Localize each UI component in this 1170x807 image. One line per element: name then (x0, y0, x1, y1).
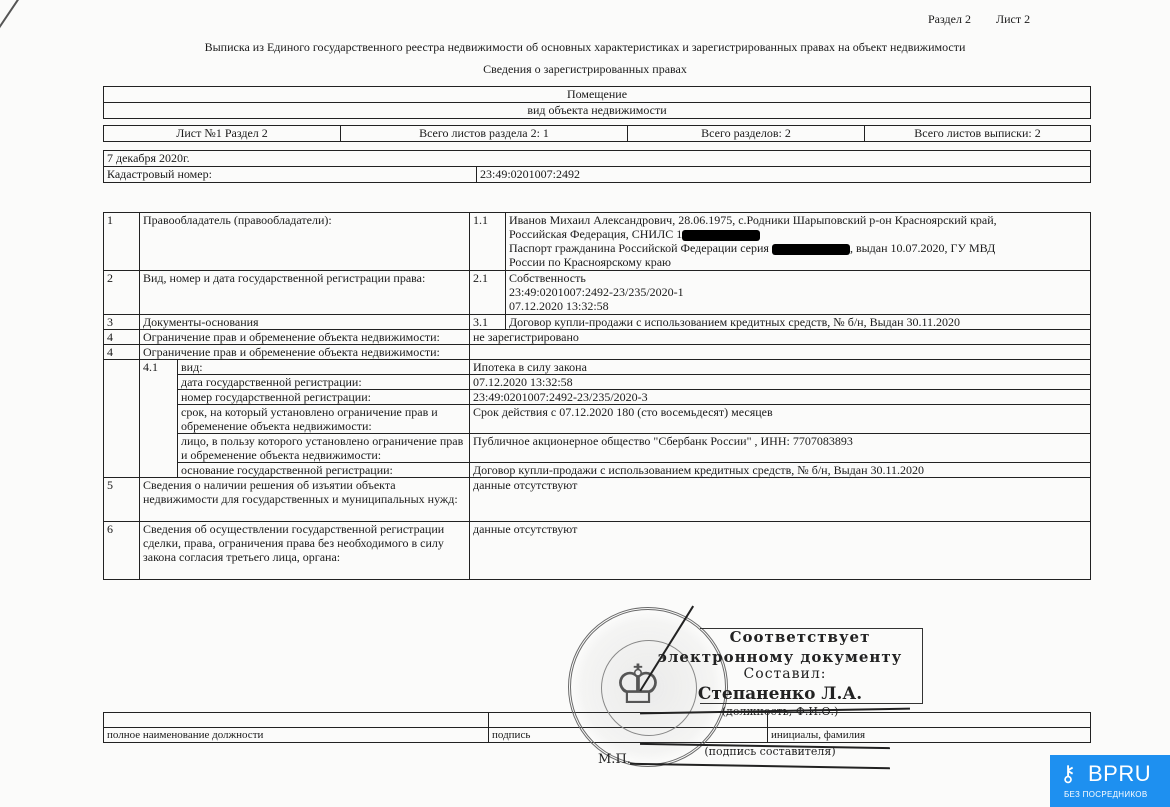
stamp-compiler-name: Степаненко Л.А. (680, 684, 880, 704)
cadastral-label: Кадастровый номер: (104, 167, 477, 183)
encumbrance-value: Публичное акционерное общество "Сбербанк… (470, 434, 1091, 463)
row-value: данные отсутствуют (470, 522, 1091, 580)
stamp-line-2: электронному документу (650, 648, 910, 666)
owner-snils: Российская Федерация, СНИЛС 1 (509, 227, 1087, 241)
table-row: 2 Вид, номер и дата государственной реги… (104, 271, 1091, 315)
stamp-line-3: Составил: (700, 666, 870, 682)
registration-date: 07.12.2020 13:32:58 (509, 299, 1087, 313)
table-row: 5 Сведения о наличии решения об изъятии … (104, 478, 1091, 522)
passport-issued: , выдан 10.07.2020, ГУ МВД (850, 241, 995, 255)
table-row: 3 Документы-основания 3.1 Договор купли-… (104, 315, 1091, 330)
extract-date: 7 декабря 2020г. (104, 151, 1091, 167)
sheet-info-table: Лист №1 Раздел 2 Всего листов раздела 2:… (103, 125, 1091, 142)
row-subnumber: 4.1 (140, 360, 178, 478)
owner-passport: Паспорт гражданина Российской Федерации … (509, 241, 1087, 255)
redaction-mark (682, 230, 760, 241)
row-value: не зарегистрировано (470, 330, 1091, 345)
table-row: дата государственной регистрации: 07.12.… (104, 375, 1091, 390)
row-label: Ограничение прав и обременение объекта н… (140, 345, 470, 360)
row-subnumber: 3.1 (470, 315, 506, 330)
row-number: 1 (104, 213, 140, 271)
row-number: 6 (104, 522, 140, 580)
row-number: 4 (104, 330, 140, 345)
people-key-icon: ⚷ (1060, 763, 1076, 785)
encumbrance-value: 23:49:0201007:2492-23/235/2020-3 (470, 390, 1091, 405)
row-subnumber: 1.1 (470, 213, 506, 271)
owner-line: Иванов Михаил Александрович, 28.06.1975,… (509, 213, 1087, 227)
table-row: лицо, в пользу которого установлено огра… (104, 434, 1091, 463)
sheet-label: Лист 2 (996, 12, 1030, 26)
encumbrance-label: дата государственной регистрации: (178, 375, 470, 390)
object-type-table: Помещение вид объекта недвижимости (103, 86, 1091, 119)
document-subtitle: Сведения о зарегистрированных правах (0, 62, 1170, 77)
cadastral-number: 23:49:0201007:2492 (477, 167, 1091, 183)
rights-table: 1 Правообладатель (правообладатели): 1.1… (103, 212, 1091, 580)
encumbrance-label: номер государственной регистрации: (178, 390, 470, 405)
total-sections: Всего разделов: 2 (628, 126, 865, 142)
row-value (470, 345, 1091, 360)
row-number: 3 (104, 315, 140, 330)
bpru-watermark-logo[interactable]: ⚷ BPRU БЕЗ ПОСРЕДНИКОВ (1050, 755, 1170, 807)
row-value: Договор купли-продажи с использованием к… (506, 315, 1091, 330)
table-row: 1 Правообладатель (правообладатели): 1.1… (104, 213, 1091, 271)
table-row: срок, на который установлено ограничение… (104, 405, 1091, 434)
table-row: 4 Ограничение прав и обременение объекта… (104, 345, 1091, 360)
redaction-mark (772, 244, 850, 255)
total-extract-sheets: Всего листов выписки: 2 (865, 126, 1091, 142)
table-row: номер государственной регистрации: 23:49… (104, 390, 1091, 405)
name-caption: инициалы, фамилия (768, 728, 1091, 743)
row-label: Правообладатель (правообладатели): (140, 213, 470, 271)
row-value: данные отсутствуют (470, 478, 1091, 522)
table-row: основание государственной регистрации: Д… (104, 463, 1091, 478)
row-number: 4 (104, 345, 140, 360)
right-type: Собственность (509, 271, 1087, 285)
section-label: Раздел 2 (928, 12, 971, 26)
object-type-value: Помещение (104, 87, 1091, 103)
position-field (104, 713, 489, 728)
passport-issuer: России по Красноярскому краю (509, 255, 1087, 269)
encumbrance-value: Ипотека в силу закона (470, 360, 1091, 375)
row-number: 5 (104, 478, 140, 522)
encumbrance-label: вид: (178, 360, 470, 375)
scan-artifact-line (0, 0, 58, 41)
sheet-section: Лист №1 Раздел 2 (104, 126, 341, 142)
seal-place-label: М.П. (598, 752, 631, 767)
total-section-sheets: Всего листов раздела 2: 1 (341, 126, 628, 142)
row-label: Ограничение прав и обременение объекта н… (140, 330, 470, 345)
stamp-line-1: Соответствует (700, 628, 900, 646)
row-value: Иванов Михаил Александрович, 28.06.1975,… (506, 213, 1091, 271)
row-label: Вид, номер и дата государственной регист… (140, 271, 470, 315)
row-value: Собственность 23:49:0201007:2492-23/235/… (506, 271, 1091, 315)
logo-tagline: БЕЗ ПОСРЕДНИКОВ (1064, 790, 1147, 799)
encumbrance-value: 07.12.2020 13:32:58 (470, 375, 1091, 390)
table-row: 6 Сведения об осуществлении государствен… (104, 522, 1091, 580)
object-type-caption: вид объекта недвижимости (104, 103, 1091, 119)
row-number-empty (104, 360, 140, 478)
snils-text: Российская Федерация, СНИЛС 1 (509, 227, 682, 241)
registration-number: 23:49:0201007:2492-23/235/2020-1 (509, 285, 1087, 299)
table-row: 4.1 вид: Ипотека в силу закона (104, 360, 1091, 375)
row-label: Документы-основания (140, 315, 470, 330)
document-title: Выписка из Единого государственного реес… (0, 40, 1170, 55)
row-label: Сведения об осуществлении государственно… (140, 522, 470, 580)
encumbrance-label: основание государственной регистрации: (178, 463, 470, 478)
encumbrance-label: лицо, в пользу которого установлено огра… (178, 434, 470, 463)
stamp-underline (630, 763, 890, 769)
row-subnumber: 2.1 (470, 271, 506, 315)
table-row: 4 Ограничение прав и обременение объекта… (104, 330, 1091, 345)
row-number: 2 (104, 271, 140, 315)
encumbrance-value: Срок действия с 07.12.2020 180 (сто восе… (470, 405, 1091, 434)
encumbrance-label: срок, на который установлено ограничение… (178, 405, 470, 434)
page-locator: Раздел 2 Лист 2 (928, 12, 1052, 27)
encumbrance-value: Договор купли-продажи с использованием к… (470, 463, 1091, 478)
logo-name: BPRU (1088, 761, 1151, 787)
date-cadastral-table: 7 декабря 2020г. Кадастровый номер: 23:4… (103, 150, 1091, 183)
row-label: Сведения о наличии решения об изъятии об… (140, 478, 470, 522)
passport-text: Паспорт гражданина Российской Федерации … (509, 241, 772, 255)
position-caption: полное наименование должности (104, 728, 489, 743)
